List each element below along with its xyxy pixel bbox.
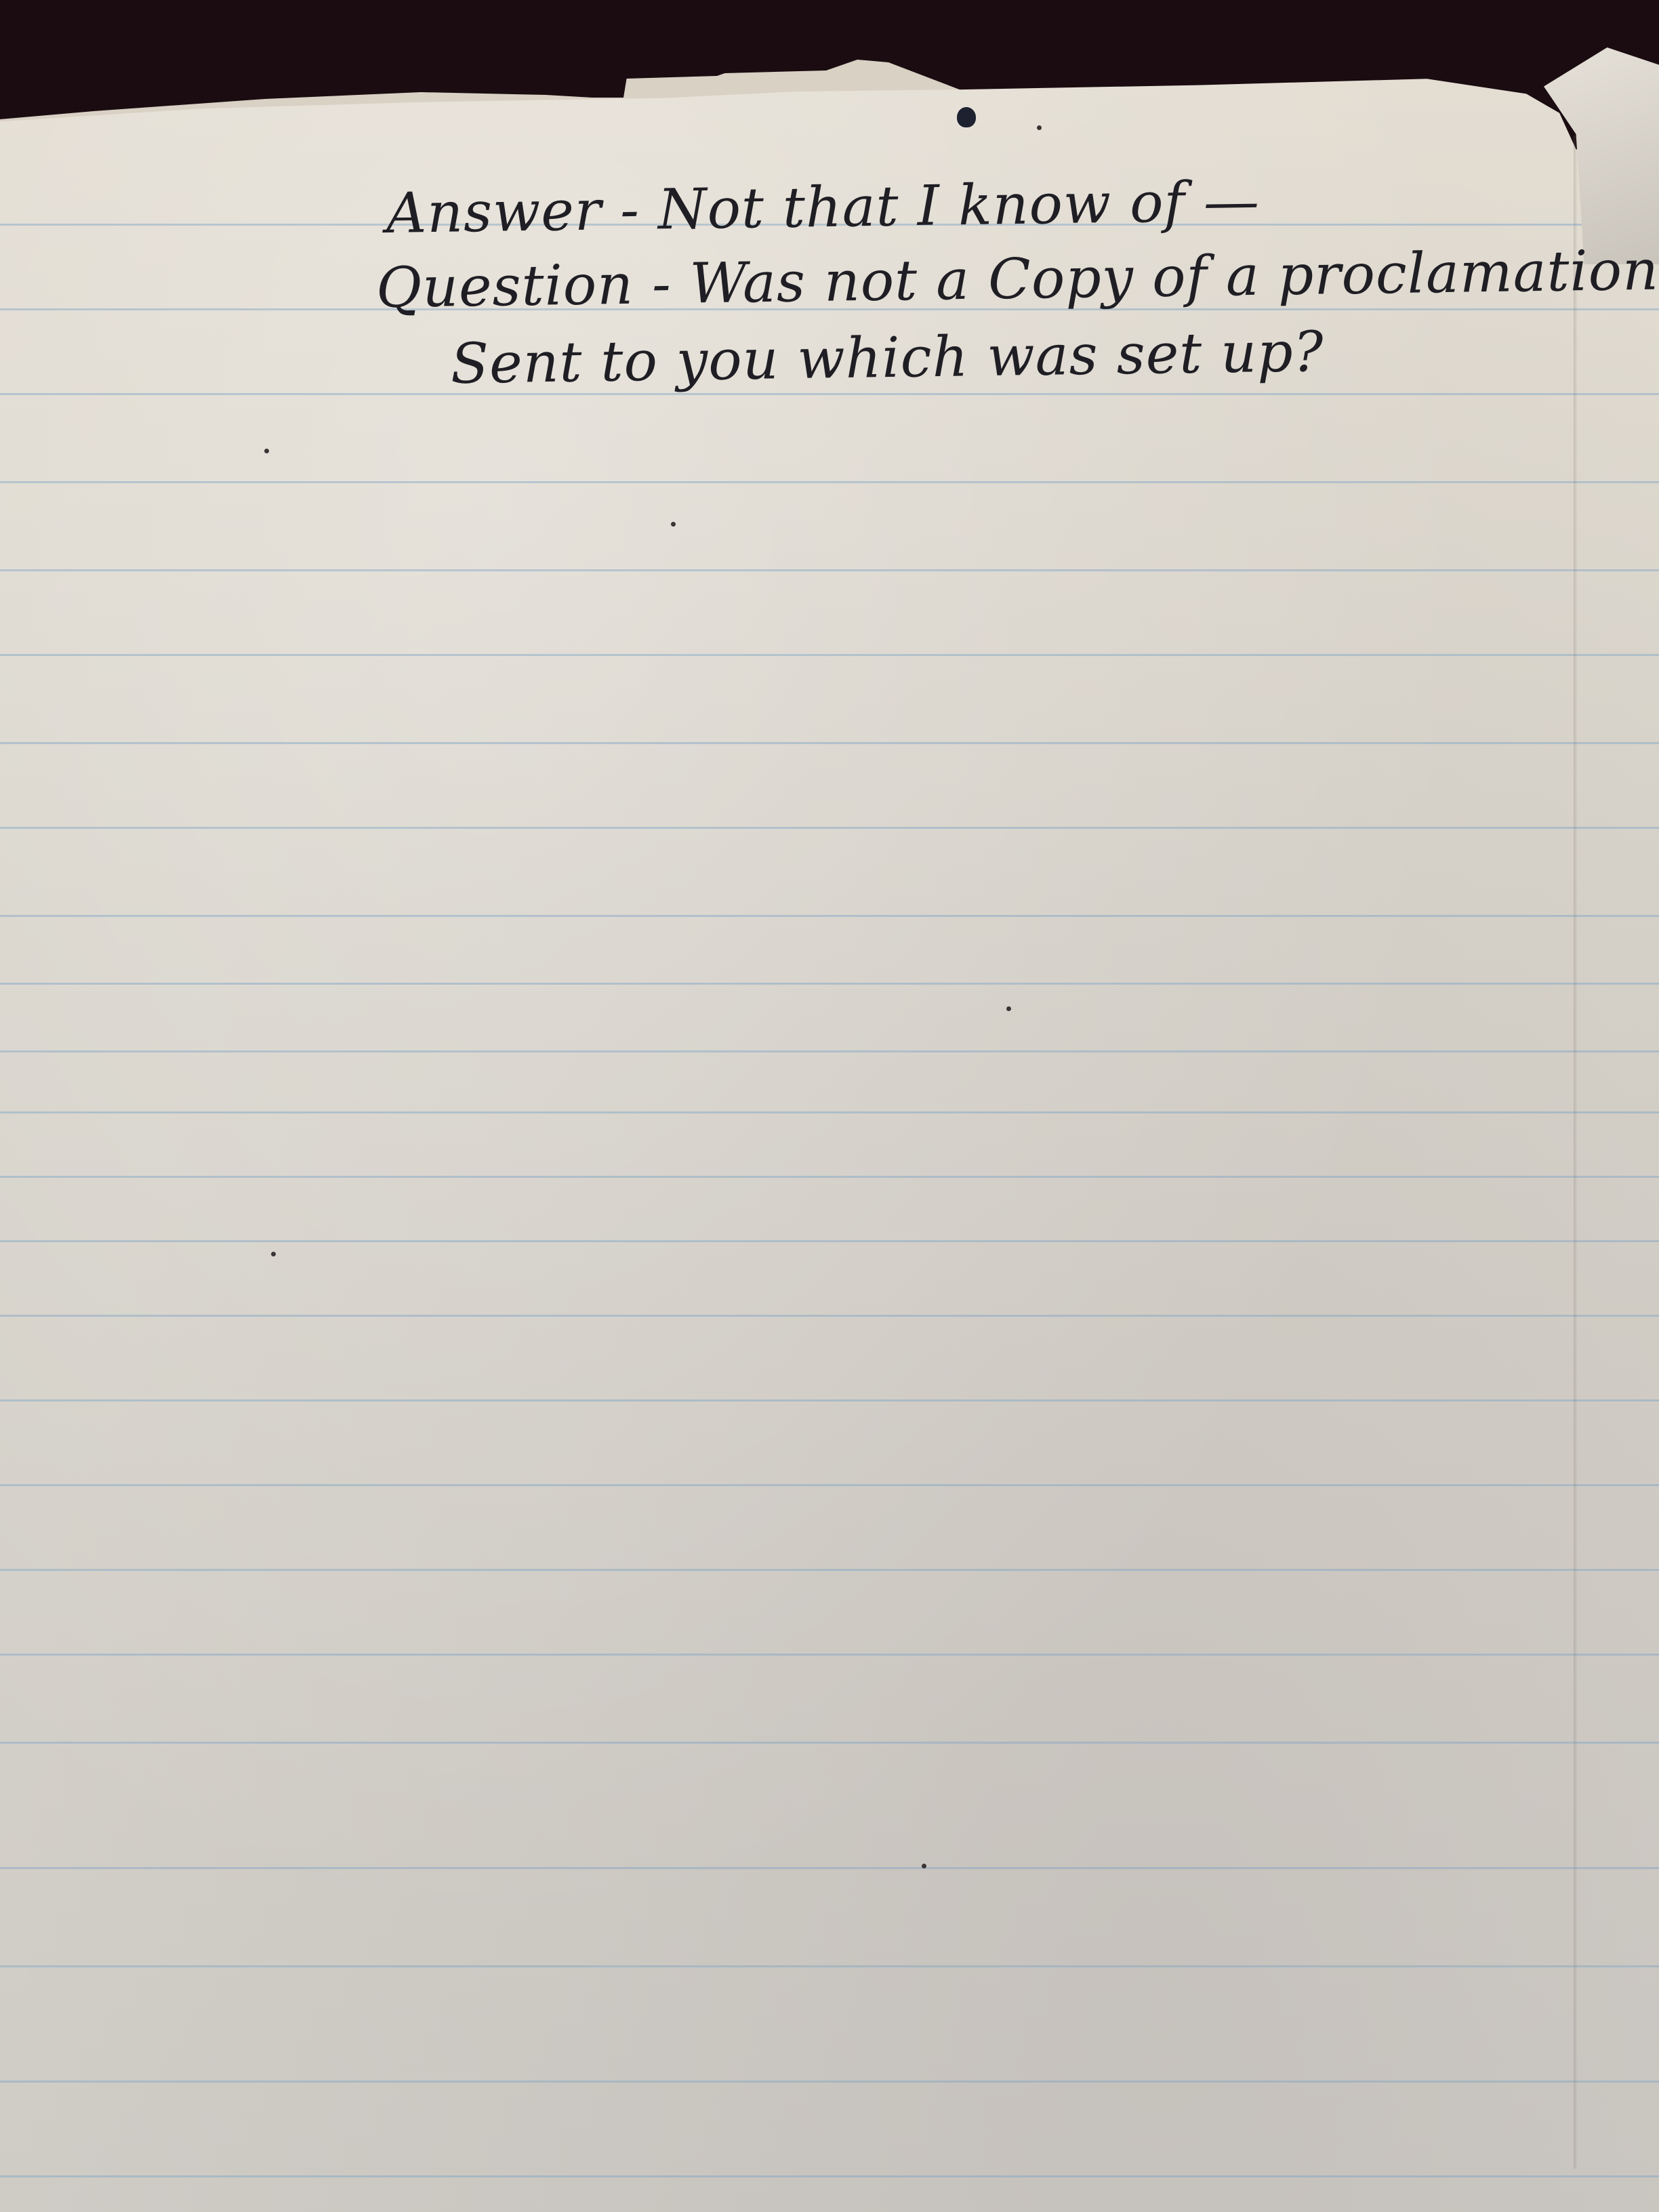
page-edge-shadow (1574, 136, 1578, 2169)
ruled-line (0, 481, 1659, 483)
paper-speck (671, 522, 676, 527)
handwritten-line-question-continued: Sent to you which was set up? (450, 320, 1324, 396)
ruled-line (0, 1399, 1659, 1401)
manuscript-page (0, 75, 1659, 2212)
ruled-line (0, 742, 1659, 744)
ruled-line (0, 1176, 1659, 1178)
ruled-line (0, 983, 1659, 985)
ruled-line (0, 915, 1659, 917)
ink-blot (957, 107, 976, 127)
ruled-line (0, 654, 1659, 656)
ruled-line (0, 2081, 1659, 2083)
ruled-line (0, 1240, 1659, 1242)
ruled-line (0, 1484, 1659, 1486)
ruled-line (0, 1315, 1659, 1317)
ruled-line (0, 1965, 1659, 1967)
ruled-line (0, 1742, 1659, 1744)
ruled-line (0, 393, 1659, 395)
ruled-line (0, 1050, 1659, 1052)
paper-speck (922, 1864, 926, 1868)
ruled-line (0, 1569, 1659, 1571)
paper-speck (264, 449, 269, 453)
ruled-line (0, 827, 1659, 829)
ruled-line (0, 1867, 1659, 1869)
photo-scene: Answer - Not that I know of — Question -… (0, 0, 1659, 2212)
paper-speck (271, 1252, 276, 1256)
paper-speck (1037, 125, 1042, 130)
ruled-line (0, 1654, 1659, 1656)
handwritten-line-answer: Answer - Not that I know of — (386, 169, 1260, 246)
ruled-line (0, 569, 1659, 571)
paper-speck (1006, 1006, 1011, 1011)
ruled-line (0, 1111, 1659, 1113)
ruled-line (0, 2175, 1659, 2177)
